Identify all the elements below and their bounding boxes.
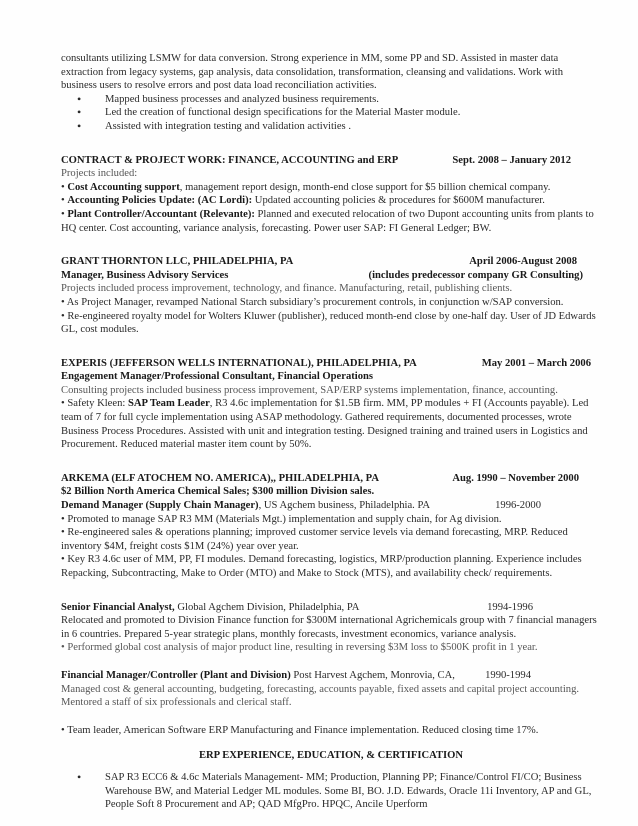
intro-paragraph: consultants utilizing LSMW for data conv… [61, 52, 601, 93]
role-dates: 1996-2000 [495, 499, 541, 513]
section-header: CONTRACT & PROJECT WORK: FINANCE, ACCOUN… [61, 154, 601, 168]
summary: Managed cost & general accounting, budge… [61, 683, 601, 710]
role-line: Financial Manager/Controller (Plant and … [61, 669, 601, 683]
list-item: • Team leader, American Software ERP Man… [61, 724, 601, 738]
section-header: EXPERIS (JEFFERSON WELLS INTERNATIONAL),… [61, 357, 601, 371]
company-name: ARKEMA (ELF ATOCHEM NO. AMERICA),, PHILA… [61, 472, 379, 486]
role: Financial Manager/Controller (Plant and … [61, 669, 455, 683]
list-item: • Safety Kleen: SAP Team Leader, R3 4.6c… [61, 397, 601, 451]
resume-page: consultants utilizing LSMW for data conv… [61, 43, 601, 812]
intro-section: consultants utilizing LSMW for data conv… [61, 52, 601, 134]
section-header: GRANT THORNTON LLC, PHILADELPHIA, PA Apr… [61, 255, 601, 269]
company-name: GRANT THORNTON LLC, PHILADELPHIA, PA [61, 255, 293, 269]
client-name: • Safety Kleen: [61, 398, 128, 409]
summary: Consulting projects included business pr… [61, 384, 601, 398]
list-item: SAP R3 ECC6 & 4.6c Materials Management-… [61, 771, 601, 812]
contract-item: • Plant Controller/Accountant (Relevante… [61, 208, 601, 235]
role-dates: 1994-1996 [487, 601, 533, 615]
role-title: Engagement Manager/Professional Consulta… [61, 370, 601, 384]
role: Senior Financial Analyst, Global Agchem … [61, 601, 359, 615]
item-heading: Accounting Policies Update: (AC Lordi): [67, 195, 252, 206]
intro-bullets: Mapped business processes and analyzed b… [61, 93, 601, 134]
projects-label: Projects included: [61, 167, 601, 181]
list-item: • Promoted to manage SAP R3 MM (Material… [61, 513, 601, 527]
role-title: Manager, Business Advisory Services [61, 269, 228, 283]
summary: Projects included process improvement, t… [61, 282, 601, 296]
item-heading: Cost Accounting support [67, 182, 179, 193]
role: Demand Manager (Supply Chain Manager), U… [61, 499, 430, 513]
erp-bullets: SAP R3 ECC6 & 4.6c Materials Management-… [61, 771, 601, 812]
financial-manager-section: Financial Manager/Controller (Plant and … [61, 669, 601, 737]
role-line: Demand Manager (Supply Chain Manager), U… [61, 499, 601, 513]
arkema-section: ARKEMA (ELF ATOCHEM NO. AMERICA),, PHILA… [61, 472, 601, 581]
date-range: April 2006-August 2008 [469, 255, 577, 269]
erp-section: ERP EXPERIENCE, EDUCATION, & CERTIFICATI… [61, 749, 601, 811]
date-range: Aug. 1990 – November 2000 [452, 472, 579, 486]
role-line: Manager, Business Advisory Services (inc… [61, 269, 601, 283]
contract-item: • Cost Accounting support, management re… [61, 181, 601, 195]
role-note: (includes predecessor company GR Consult… [369, 269, 583, 283]
list-item: Led the creation of functional design sp… [61, 106, 601, 120]
role-title: Senior Financial Analyst, [61, 602, 175, 613]
section-header: ARKEMA (ELF ATOCHEM NO. AMERICA),, PHILA… [61, 472, 601, 486]
grant-thornton-section: GRANT THORNTON LLC, PHILADELPHIA, PA Apr… [61, 255, 601, 337]
sales-line: $2 Billion North America Chemical Sales;… [61, 485, 601, 499]
role-location: , US Agchem business, Philadelphia. PA [259, 500, 430, 511]
list-item: • Re-engineered sales & operations plann… [61, 526, 601, 553]
company-name: EXPERIS (JEFFERSON WELLS INTERNATIONAL),… [61, 357, 417, 371]
experis-section: EXPERIS (JEFFERSON WELLS INTERNATIONAL),… [61, 357, 601, 452]
section-title: ERP EXPERIENCE, EDUCATION, & CERTIFICATI… [61, 749, 601, 763]
role-line: Senior Financial Analyst, Global Agchem … [61, 601, 601, 615]
list-item: • Performed global cost analysis of majo… [61, 641, 601, 655]
list-item: Assisted with integration testing and va… [61, 120, 601, 134]
role-location: Post Harvest Agchem, Monrovia, CA, [291, 670, 455, 681]
list-item: • As Project Manager, revamped National … [61, 296, 601, 310]
role-dates: 1990-1994 [485, 669, 531, 683]
date-range: May 2001 – March 2006 [482, 357, 591, 371]
list-item: • Re-engineered royalty model for Wolter… [61, 310, 601, 337]
role-location: Global Agchem Division, Philadelphia, PA [175, 602, 360, 613]
summary: Relocated and promoted to Division Finan… [61, 614, 601, 641]
item-heading: SAP Team Leader [128, 398, 210, 409]
section-title: CONTRACT & PROJECT WORK: FINANCE, ACCOUN… [61, 154, 398, 168]
item-text: , management report design, month-end cl… [180, 182, 551, 193]
contract-item: • Accounting Policies Update: (AC Lordi)… [61, 194, 601, 208]
role-title: Financial Manager/Controller (Plant and … [61, 670, 291, 681]
contract-section: CONTRACT & PROJECT WORK: FINANCE, ACCOUN… [61, 154, 601, 236]
item-heading: Plant Controller/Accountant (Relevante): [67, 209, 255, 220]
date-range: Sept. 2008 – January 2012 [452, 154, 571, 168]
item-text: Updated accounting policies & procedures… [252, 195, 545, 206]
role-title: Demand Manager (Supply Chain Manager) [61, 500, 259, 511]
list-item: Mapped business processes and analyzed b… [61, 93, 601, 107]
senior-analyst-section: Senior Financial Analyst, Global Agchem … [61, 601, 601, 655]
list-item: • Key R3 4.6c user of MM, PP, FI modules… [61, 553, 601, 580]
